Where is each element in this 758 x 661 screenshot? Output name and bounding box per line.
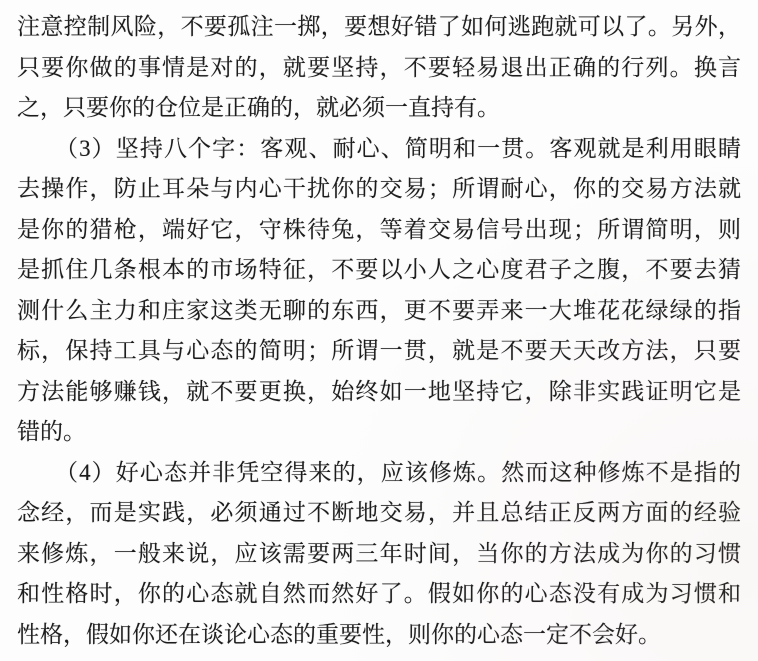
text-line: 之，只要你的仓位是正确的，就必须一直持有。 [17,88,741,129]
text-line: 去操作，防止耳朵与内心干扰你的交易；所谓耐心，你的交易方法就 [17,169,741,210]
text-line: 是你的猎枪，端好它，守株待兔，等着交易信号出现；所谓简明，则 [17,210,741,251]
text-line: 只要你做的事情是对的，就要坚持，不要轻易退出正确的行列。换言 [17,48,741,89]
text-line: 性格，假如你还在谈论心态的重要性，则你的心态一定不会好。 [17,615,741,656]
text-line: （3）坚持八个字：客观、耐心、简明和一贯。客观就是利用眼睛 [17,129,741,170]
text-line: 注意控制风险，不要孤注一掷，要想好错了如何逃跑就可以了。另外， [17,7,741,48]
text-line: 和性格时，你的心态就自然而然好了。假如你的心态没有成为习惯和 [17,574,741,615]
paragraph-point-3: （3）坚持八个字：客观、耐心、简明和一贯。客观就是利用眼睛 去操作，防止耳朵与内… [17,129,741,453]
paragraph-point-4: （4）好心态并非凭空得来的，应该修炼。然而这种修炼不是指的 念经，而是实践，必须… [17,453,741,656]
text-line: 测什么主力和庄家这类无聊的东西，更不要弄来一大堆花花绿绿的指 [17,291,741,332]
text-line: 是抓住几条根本的市场特征，不要以小人之心度君子之腹，不要去猜 [17,250,741,291]
text-line: 标，保持工具与心态的简明；所谓一贯，就是不要天天改方法，只要 [17,331,741,372]
text-line: 念经，而是实践，必须通过不断地交易，并且总结正反两方面的经验 [17,493,741,534]
document-page: 注意控制风险，不要孤注一掷，要想好错了如何逃跑就可以了。另外， 只要你做的事情是… [0,0,758,661]
text-line: （4）好心态并非凭空得来的，应该修炼。然而这种修炼不是指的 [17,453,741,494]
paragraph-continuation: 注意控制风险，不要孤注一掷，要想好错了如何逃跑就可以了。另外， 只要你做的事情是… [17,7,741,129]
text-line: 方法能够赚钱，就不要更换，始终如一地坚持它，除非实践证明它是 [17,372,741,413]
text-line: 来修炼，一般来说，应该需要两三年时间，当你的方法成为你的习惯 [17,534,741,575]
text-line: 错的。 [17,412,741,453]
